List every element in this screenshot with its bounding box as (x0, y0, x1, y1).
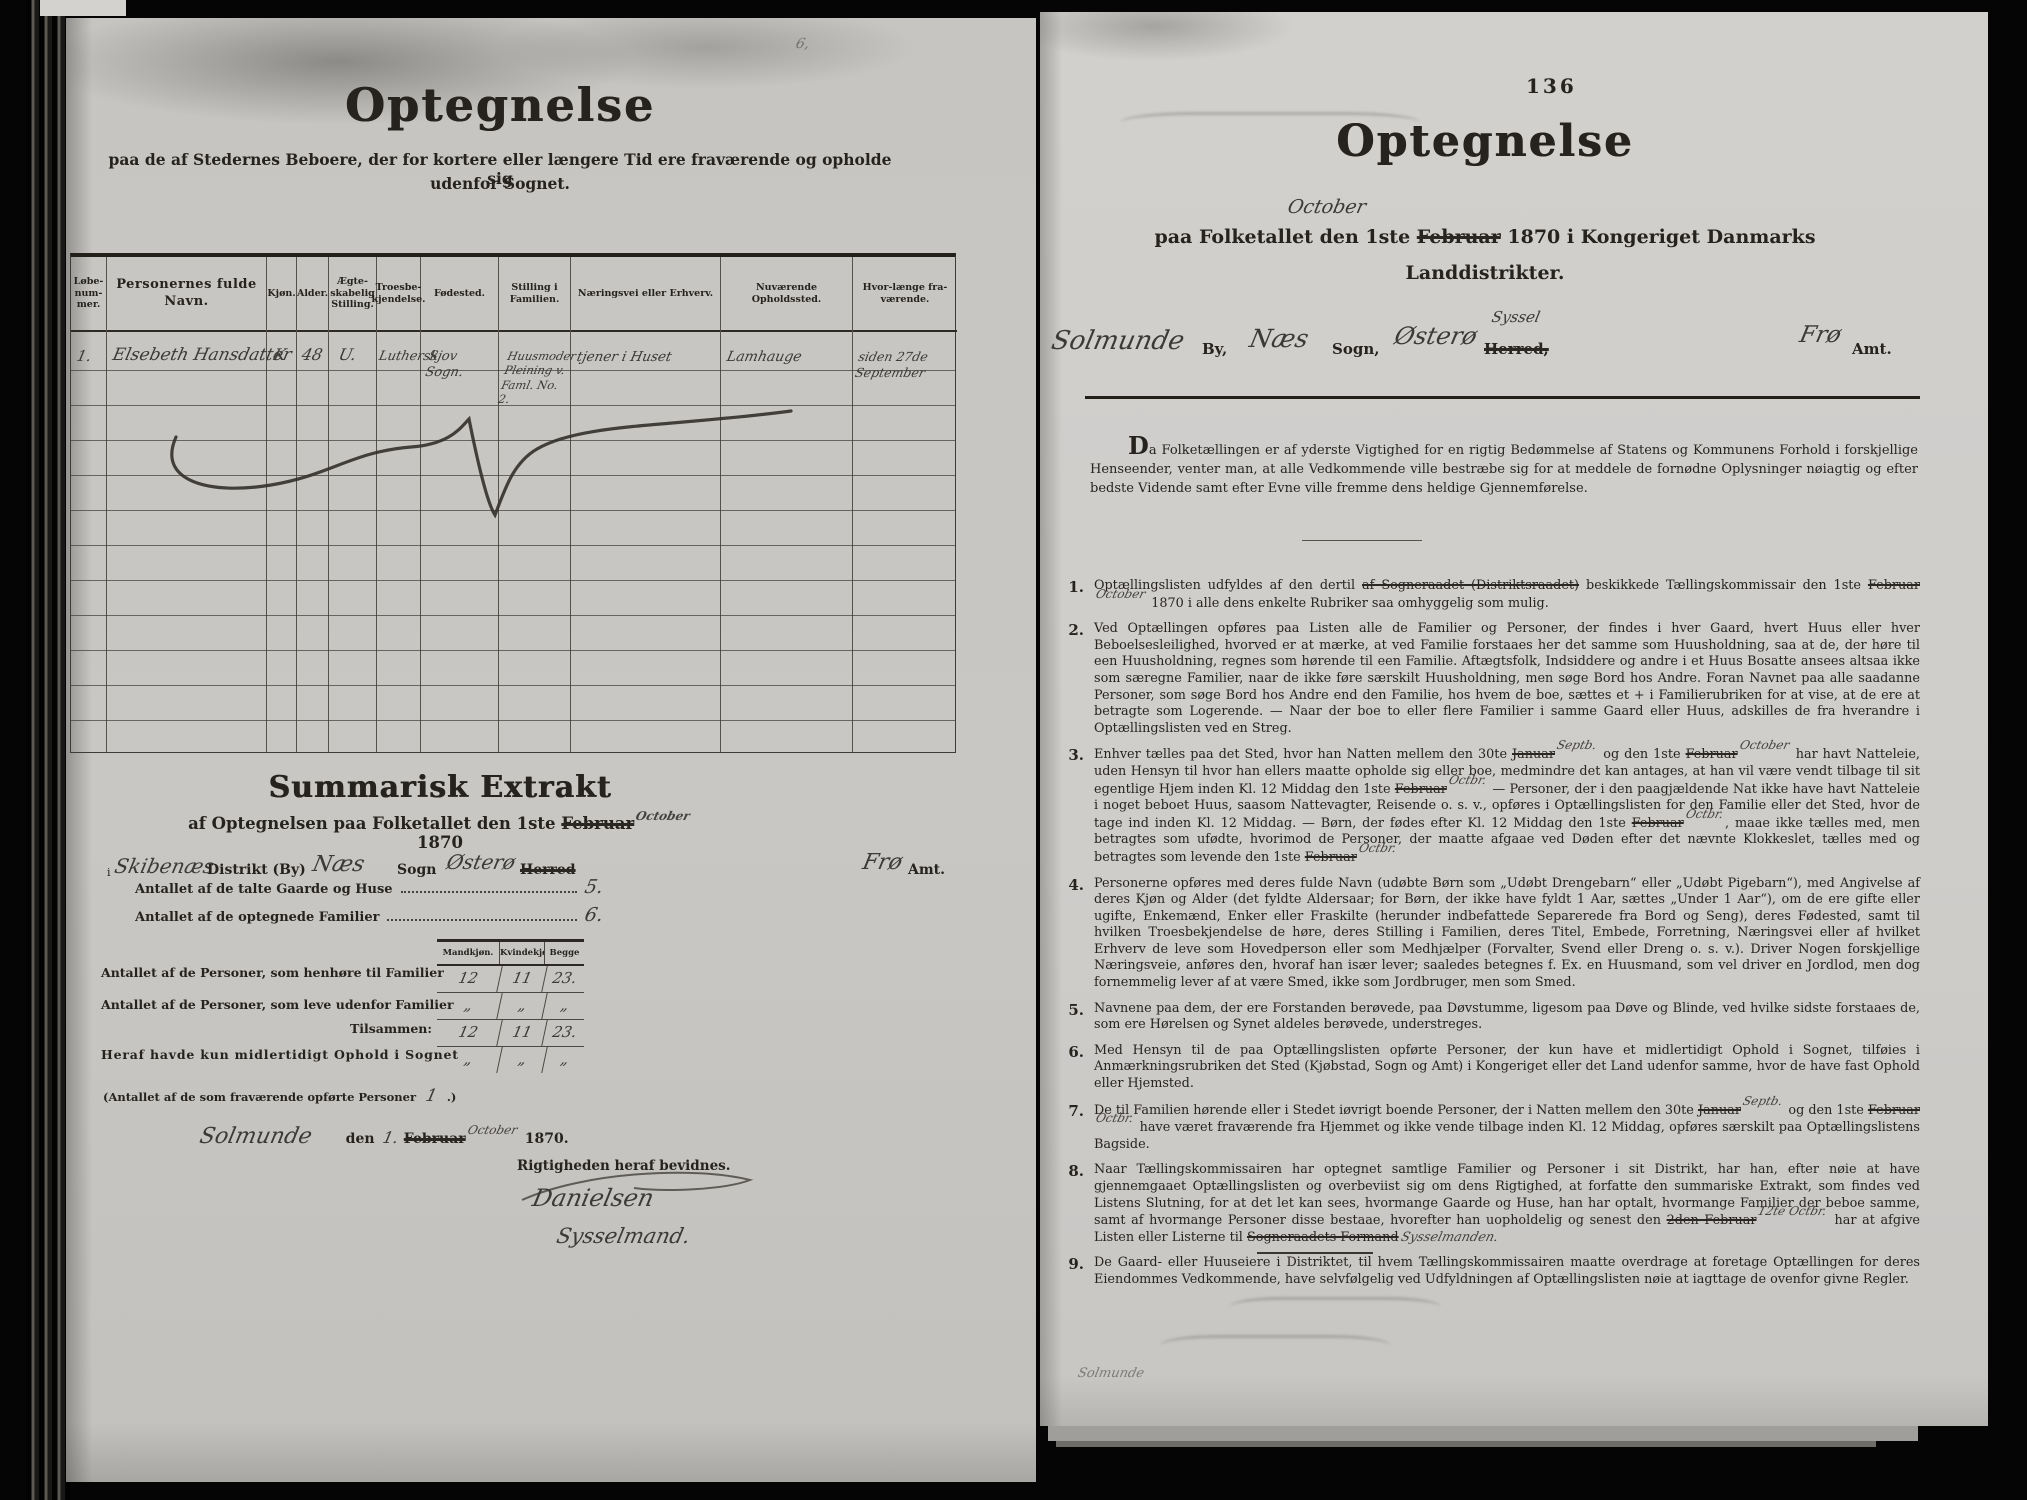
column-birthplace: Fødested. (421, 257, 499, 752)
instruction-item-1: 1.Optællingslisten udfyldes af den derti… (1054, 578, 1920, 612)
value-cell: „ (542, 993, 587, 1019)
column-marital: Ægte-skabelig Stilling. (329, 257, 377, 752)
struck-text: Februar (1395, 782, 1447, 797)
handwritten-correction: 12te Octbr. (1756, 1203, 1828, 1220)
struck-text: Januar (1698, 1103, 1741, 1118)
entry-occupation: tjener i Huset (575, 349, 673, 365)
column-number: Løbe-num-mer. (71, 257, 107, 752)
item-text: Ved Optællingen opføres paa Listen alle … (1094, 621, 1920, 737)
syssel-handwritten: Syssel (1490, 308, 1542, 326)
label-text: Heraf havde kun midlertidigt Ophold i So… (101, 1047, 459, 1062)
struck-text: Februar (1868, 1103, 1920, 1118)
underlying-page-edge (1048, 1426, 1918, 1441)
item-text: Enhver tælles paa det Sted, hvor han Nat… (1094, 746, 1920, 866)
struck-text: Februar (1305, 850, 1357, 865)
column-family-position: Stilling i Familien. (499, 257, 571, 752)
district-handwritten: Skibenæs (112, 854, 216, 878)
column-header: Personernes fulde Navn. (107, 257, 266, 332)
item-number: 2. (1054, 621, 1094, 737)
struck-text: Sogneraadets Formand (1247, 1230, 1399, 1245)
instruction-item-8: 8.Naar Tællingskommissairen har optegnet… (1054, 1162, 1920, 1246)
handwritten-month: October (634, 809, 691, 823)
handwritten-month-above: October (1286, 196, 1368, 218)
signature-1: Danielsen (530, 1184, 656, 1212)
right-page-title: Optegnelse (1080, 116, 1890, 167)
printed-text: beskikkede Tællingskommissair den 1ste (1579, 578, 1868, 593)
header-kvindekjon: Kvindekjøn. (500, 942, 545, 964)
value-cell: „ (542, 1047, 587, 1073)
den-label: den (346, 1131, 375, 1147)
count-gaarde-value: 5. (583, 876, 606, 898)
mini-table-row: „ „ „ (437, 993, 584, 1020)
column-header: Kjøn. (267, 257, 296, 332)
short-rule (1302, 540, 1422, 541)
page-number: 136 (1526, 74, 1577, 98)
item-text: Optællingslisten udfyldes af den dertil … (1094, 578, 1920, 612)
row-label-henhore: Antallet af de Personer, som henhøre til… (101, 962, 434, 981)
sogn-handwritten: Næs (1247, 324, 1311, 353)
printed-text: Med Hensyn til de paa Optællingslisten o… (1094, 1043, 1920, 1091)
census-book-scan: 6, Optegnelse paa de af Stedernes Beboer… (0, 0, 2027, 1500)
column-residence: Nuværende Opholdssted. (721, 257, 853, 752)
instruction-item-2: 2.Ved Optællingen opføres paa Listen all… (1054, 621, 1920, 737)
item-text: Navnene paa dem, der ere Forstanden berø… (1094, 1001, 1920, 1034)
instruction-item-9: 9.De Gaard- eller Huuseiere i Distriktet… (1054, 1255, 1920, 1288)
item-number: 7. (1054, 1102, 1094, 1154)
handwritten-correction: October (1738, 737, 1791, 754)
amt-label: Amt. (908, 862, 945, 878)
item-number: 3. (1054, 746, 1094, 866)
handwritten-correction: Octbr. (1094, 1110, 1135, 1127)
column-header: Hvor-længe fra-værende. (853, 257, 957, 332)
item-number: 4. (1054, 876, 1094, 992)
amt-handwritten: Frø (860, 850, 904, 875)
date-place-line: Solmunde den 1. FebruarOctober 1870. (200, 1124, 569, 1149)
absent-count-value: 1 (424, 1086, 439, 1106)
struck-month: Februar (1417, 226, 1501, 248)
entry-residence: Lamhauge (725, 349, 803, 365)
item-number: 5. (1054, 1001, 1094, 1034)
entry-age: 48 (300, 345, 324, 364)
subtitle-pre: paa Folketallet den 1ste (1154, 226, 1416, 248)
location-line: Solmunde By, Næs Sogn, Østerø Syssel Her… (1040, 308, 1988, 368)
page-edge-notch (40, 0, 126, 16)
column-header: Ægte-skabelig Stilling. (329, 257, 376, 332)
printed-text: Personerne opføres med deres fulde Navn … (1094, 876, 1920, 991)
end-rule (1257, 1252, 1373, 1254)
extract-subheading: af Optegnelsen paa Folketallet den 1ste … (170, 814, 710, 852)
subtitle-post: 1870 i Kongeriget Danmarks (1501, 226, 1816, 248)
header-mandkjon: Mandkjøn. (437, 942, 500, 964)
count-familier-row: Antallet af de optegnede Familier 6. (135, 904, 603, 926)
label-text: Antallet af de Personer, som leve udenfo… (101, 997, 454, 1012)
value-cell: 12 (434, 966, 503, 992)
year-label: 1870. (525, 1131, 569, 1147)
book-page-edges (26, 0, 70, 1500)
value-cell: „ (497, 1047, 548, 1073)
place-handwritten: Solmunde (197, 1124, 314, 1149)
struck-text: Januar (1512, 747, 1555, 762)
handwritten-month: October (466, 1123, 519, 1137)
dotted-leader (401, 878, 577, 893)
absent-count-label: (Antallet af de som fraværende opførte P… (103, 1090, 416, 1104)
item-number: 6. (1054, 1043, 1094, 1093)
struck-text: 2den Februar (1667, 1213, 1757, 1228)
instruction-item-5: 5.Navnene paa dem, der ere Forstanden be… (1054, 1001, 1920, 1034)
handwritten-correction: Octbr. (1684, 806, 1725, 823)
herred-handwritten: Østerø (444, 850, 517, 874)
absent-count-close: .) (447, 1090, 456, 1104)
amt-label: Amt. (1852, 340, 1892, 358)
amt-handwritten: Frø (1797, 322, 1843, 348)
item-text: De Gaard- eller Huuseiere i Distriktet, … (1094, 1255, 1920, 1288)
struck-month: Februar (561, 814, 634, 833)
item-text: Med Hensyn til de paa Optællingslisten o… (1094, 1043, 1920, 1093)
mini-table-header-row: Mandkjøn. Kvindekjøn. Begge Kjøn. (437, 942, 584, 966)
column-creed: Troesbe-kjendelse. (377, 257, 421, 752)
column-header: Nuværende Opholdssted. (721, 257, 852, 332)
entry-birthplace: Sjov Sogn. (424, 349, 479, 382)
printed-text: og den 1ste (1598, 747, 1685, 762)
item-text: Naar Tællingskommissairen har optegnet s… (1094, 1162, 1920, 1246)
left-page-subtitle-line2: udenfor Sognet. (100, 174, 900, 193)
handwritten-correction: Septb. (1555, 737, 1598, 754)
entry-family-position: Huusmoder Pleining v. Faml. No. 2. (497, 349, 573, 407)
column-occupation: Næringsvei eller Erhverv. (571, 257, 721, 752)
row-label-udenfor: Antallet af de Personer, som leve udenfo… (101, 994, 434, 1013)
extract-subheading-pre: af Optegnelsen paa Folketallet den 1ste (188, 814, 555, 833)
item-text: Personerne opføres med deres fulde Navn … (1094, 876, 1920, 992)
mini-table-row: 12 11 23. (437, 966, 584, 993)
value-cell: 12 (434, 1020, 503, 1046)
right-page-subtitle-line2: Landdistrikter. (1060, 262, 1910, 284)
item-number: 9. (1054, 1255, 1094, 1288)
left-page: 6, Optegnelse paa de af Stedernes Beboer… (66, 18, 1036, 1482)
by-label: By, (1202, 340, 1227, 358)
printed-text: 1870 i alle dens enkelte Rubriker saa om… (1147, 596, 1549, 611)
intro-paragraph: Da Folketællingen er af yderste Vigtighe… (1090, 436, 1918, 498)
absent-persons-table: Løbe-num-mer. Personernes fulde Navn. Kj… (70, 253, 956, 753)
item-number: 8. (1054, 1162, 1094, 1246)
sogn-label: Sogn, (1332, 340, 1379, 358)
summary-mini-table: Mandkjøn. Kvindekjøn. Begge Kjøn. 12 11 … (437, 939, 584, 1073)
count-familier-value: 6. (583, 904, 606, 926)
row-label-tilsammen: Tilsammen: (282, 1018, 432, 1037)
printed-text: og den 1ste (1784, 1103, 1868, 1118)
printed-text: Enhver tælles paa det Sted, hvor han Nat… (1094, 747, 1512, 762)
entry-name: Elsebeth Hansdatter (111, 345, 294, 365)
handwritten-correction: October (1094, 586, 1147, 603)
underlying-page-edge-shadow (1056, 1441, 1876, 1447)
column-header: Løbe-num-mer. (71, 257, 106, 332)
header-begge: Begge Kjøn. (545, 942, 584, 964)
value-cell: 23. (542, 1020, 587, 1046)
handwritten-correction: Sysselmanden. (1399, 1230, 1500, 1247)
bleed-through-ghost (1160, 1335, 1390, 1356)
column-header: Alder. (297, 257, 328, 332)
dotted-leader (387, 906, 576, 921)
handwritten-correction: Octbr. (1447, 772, 1488, 789)
printed-text: De Gaard- eller Huuseiere i Distriktet, … (1094, 1255, 1920, 1287)
attestation-line: Rigtigheden heraf bevidnes. (517, 1158, 730, 1174)
instruction-item-4: 4.Personerne opføres med deres fulde Nav… (1054, 876, 1920, 992)
count-familier-label: Antallet af de optegnede Familier (135, 910, 379, 925)
sogn-handwritten: Næs (310, 852, 367, 877)
printed-text: Ved Optællingen opføres paa Listen alle … (1094, 621, 1920, 736)
horizontal-rule (1085, 396, 1920, 399)
printed-text: De til Familien hørende eller i Stedet i… (1094, 1103, 1698, 1118)
value-cell: 23. (542, 966, 587, 992)
struck-month: Februar (404, 1131, 466, 1147)
mini-table-row: „ „ „ (437, 1047, 584, 1073)
table-columns: Løbe-num-mer. Personernes fulde Navn. Kj… (71, 257, 955, 752)
struck-text: Februar (1868, 578, 1920, 593)
struck-text: Februar (1686, 747, 1738, 762)
by-handwritten: Solmunde (1049, 326, 1187, 356)
signature-2: Sysselmand. (554, 1224, 692, 1248)
corner-mark: 6, (794, 36, 811, 52)
column-age: Alder. (297, 257, 329, 752)
count-gaarde-row: Antallet af de talte Gaarde og Huse 5. (135, 876, 603, 898)
value-cell: 11 (497, 1020, 548, 1046)
right-page: 136 Optegnelse October paa Folketallet d… (1040, 12, 1988, 1426)
value-cell: 11 (497, 966, 548, 992)
item-text: De til Familien hørende eller i Stedet i… (1094, 1102, 1920, 1154)
bleed-through-ghost (1230, 1297, 1440, 1316)
herred-handwritten: Østerø (1392, 322, 1480, 350)
row-label-midlertidigt: Heraf havde kun midlertidigt Ophold i So… (101, 1044, 434, 1063)
struck-text: af Sogneraadet (Distriktsraadet) (1362, 578, 1579, 593)
printed-text: Navnene paa dem, der ere Forstanden berø… (1094, 1001, 1920, 1033)
column-absence: Hvor-længe fra-værende. (853, 257, 957, 752)
column-header: Fødested. (421, 257, 498, 332)
struck-text: Februar (1632, 816, 1684, 831)
item-number: 1. (1054, 578, 1094, 612)
column-sex: Kjøn. (267, 257, 297, 752)
day-handwritten: 1. (381, 1128, 400, 1147)
instruction-item-7: 7.De til Familien hørende eller i Stedet… (1054, 1102, 1920, 1154)
instructions-list: 1.Optællingslisten udfyldes af den derti… (1054, 578, 1920, 1298)
faint-handwriting: Solmunde (1076, 1366, 1145, 1381)
handwritten-correction: Septb. (1741, 1093, 1784, 1110)
absent-count-line: (Antallet af de som fraværende opførte P… (103, 1086, 456, 1106)
column-header: Troesbe-kjendelse. (377, 257, 420, 332)
entry-absence: siden 27de September (854, 349, 957, 380)
loc-i: i (107, 866, 111, 879)
left-page-title: Optegnelse (200, 78, 800, 132)
herred-label-struck: Herred, (1484, 340, 1549, 358)
column-header: Næringsvei eller Erhverv. (571, 257, 720, 332)
label-text: Tilsammen: (350, 1021, 432, 1036)
column-header: Stilling i Familien. (499, 257, 570, 332)
handwritten-correction: Octbr. (1357, 840, 1398, 857)
instruction-item-6: 6.Med Hensyn til de paa Optællingslisten… (1054, 1043, 1920, 1093)
mini-table-row: 12 11 23. (437, 1020, 584, 1047)
value-cell: „ (497, 993, 548, 1019)
extract-heading: Summarisk Extrakt (170, 770, 710, 805)
column-name: Personernes fulde Navn. (107, 257, 267, 752)
count-gaarde-label: Antallet af de talte Gaarde og Huse (135, 882, 393, 897)
instruction-item-3: 3.Enhver tælles paa det Sted, hvor han N… (1054, 746, 1920, 866)
label-text: Antallet af de Personer, som henhøre til… (101, 965, 444, 980)
printed-text: have været fraværende fra Hjemmet og ikk… (1094, 1120, 1920, 1152)
right-page-subtitle-line1: paa Folketallet den 1ste Februar 1870 i … (1060, 226, 1910, 248)
